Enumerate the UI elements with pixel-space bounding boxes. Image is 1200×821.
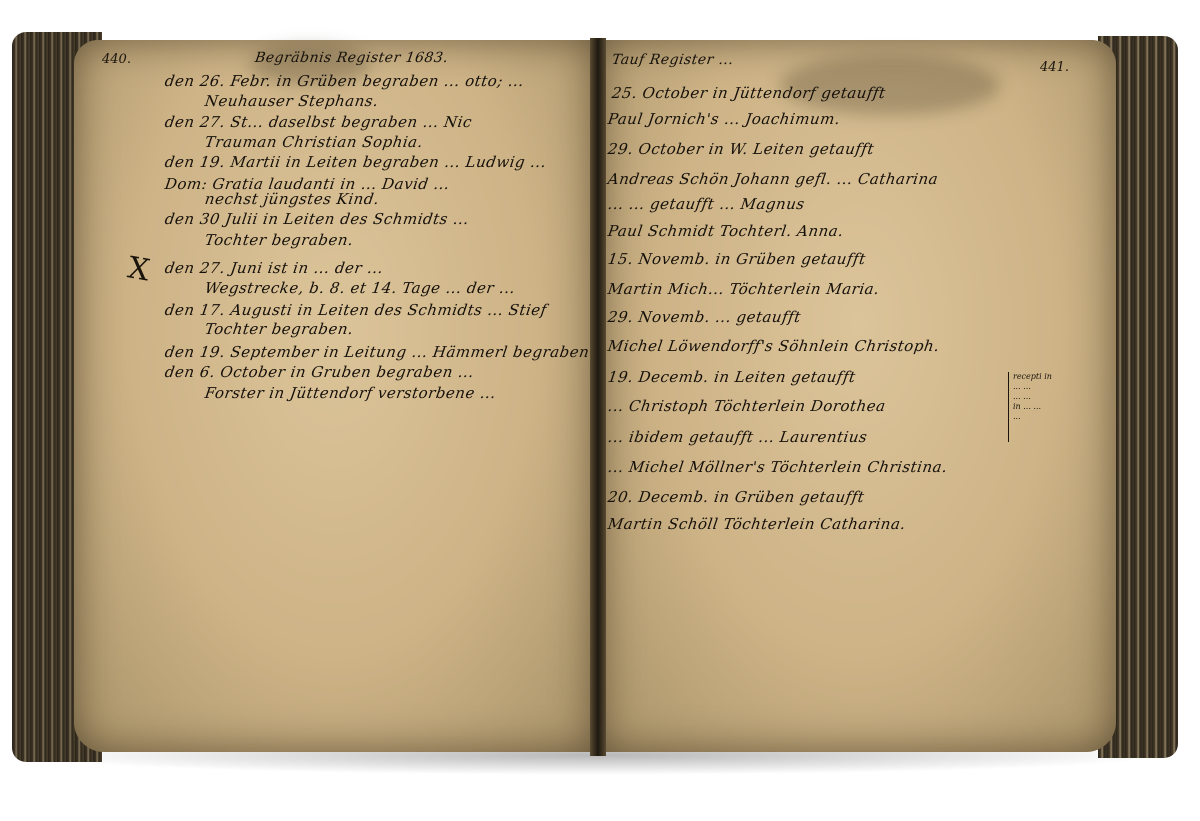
- left-line: Tochter begraben.: [204, 320, 355, 338]
- right-line: Martin Schöll Töchterlein Catharina.: [607, 515, 907, 533]
- right-line: Andreas Schön Johann gefl. ... Catharina: [607, 170, 940, 188]
- marginal-note: recepti in ... ... ... ... in ... ... ..…: [1008, 372, 1083, 442]
- marginal-note-line: ...: [1013, 412, 1083, 422]
- left-line: Wegstrecke, b. 8. et 14. Tage ... der ..…: [204, 279, 517, 297]
- right-line: 29. October in W. Leiten getaufft: [607, 140, 876, 158]
- right-line: 25. October in Jüttendorf getaufft: [611, 84, 887, 102]
- marginal-note-line: in ... ...: [1013, 402, 1083, 412]
- right-line: 15. Novemb. in Grüben getaufft: [607, 250, 867, 268]
- left-line: Neuhauser Stephans.: [204, 92, 380, 110]
- marginal-note-line: ... ...: [1013, 392, 1083, 402]
- left-line: nechst jüngstes Kind.: [204, 190, 381, 208]
- right-line: ... ibidem getaufft ... Laurentius: [607, 428, 869, 446]
- marginal-note-line: recepti in: [1013, 372, 1083, 382]
- right-page-number: 441.: [1040, 60, 1069, 75]
- open-book: [12, 28, 1178, 770]
- right-line: ... Christoph Töchterlein Dorothea: [607, 397, 887, 415]
- left-line: den 30 Julii in Leiten des Schmidts ...: [164, 210, 471, 228]
- right-line: Michel Löwendorff's Söhnlein Christoph.: [607, 337, 941, 355]
- right-line: 29. Novemb. ... getaufft: [607, 308, 802, 326]
- left-line: den 6. October in Gruben begraben ...: [164, 363, 476, 381]
- right-page-heading: Tauf Register ...: [611, 52, 735, 68]
- right-line: ... ... getaufft ... Magnus: [607, 195, 806, 213]
- left-line: den 17. Augusti in Leiten des Schmidts .…: [164, 301, 548, 319]
- marginal-note-line: ... ...: [1013, 382, 1083, 392]
- left-line: den 26. Febr. in Grüben begraben ... ott…: [164, 72, 526, 90]
- left-line: den 19. Martii in Leiten begraben ... Lu…: [164, 153, 548, 171]
- left-line: Trauman Christian Sophia.: [204, 133, 424, 151]
- book-spine: [590, 38, 606, 756]
- left-page-number: 440.: [102, 52, 131, 67]
- left-line: den 19. September in Leitung ... Hämmerl…: [164, 343, 591, 361]
- left-line: den 27. St... daselbst begraben ... Nic: [164, 113, 473, 131]
- right-line: Martin Mich... Töchterlein Maria.: [607, 280, 881, 298]
- right-line: 20. Decemb. in Grüben getaufft: [607, 488, 866, 506]
- right-line: Paul Jornich's ... Joachimum.: [607, 110, 842, 128]
- left-line: Forster in Jüttendorf verstorbene ...: [204, 384, 498, 402]
- right-line: ... Michel Möllner's Töchterlein Christi…: [607, 458, 949, 476]
- left-page-heading: Begräbnis Register 1683.: [254, 50, 449, 66]
- left-line: Tochter begraben.: [204, 231, 355, 249]
- right-line: 19. Decemb. in Leiten getaufft: [607, 368, 857, 386]
- right-line: Paul Schmidt Tochterl. Anna.: [607, 222, 845, 240]
- left-line: den 27. Juni ist in ... der ...: [164, 259, 385, 277]
